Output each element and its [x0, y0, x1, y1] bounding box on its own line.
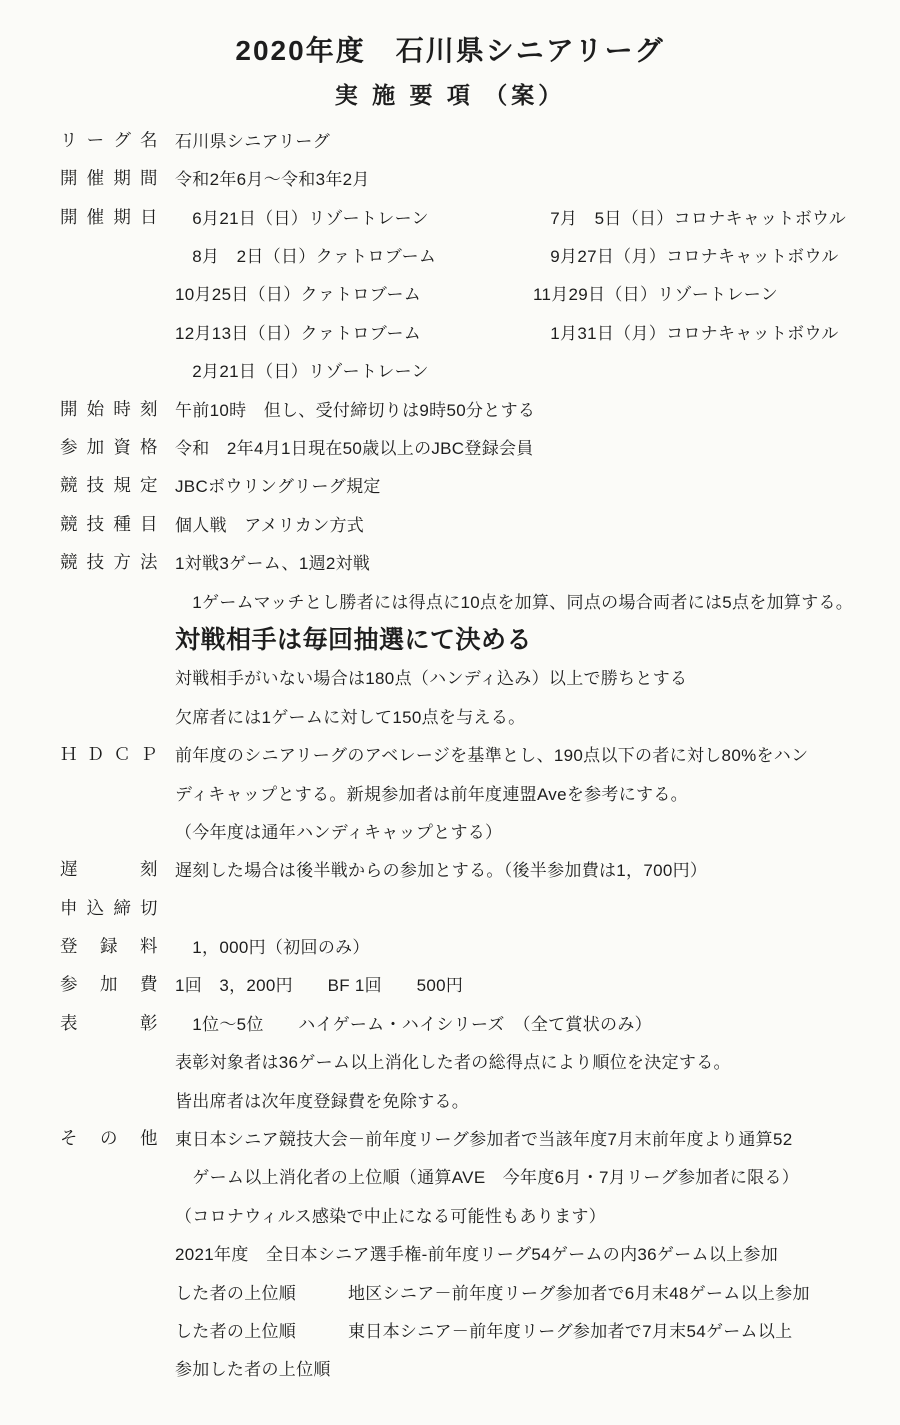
- field-value: 参加した者の上位順: [175, 1355, 331, 1380]
- row-period: 開催期間 令和2年6月～令和3年2月: [0, 159, 900, 197]
- schedule-row: 12月13日（日）クァトロブーム 1月31日（月）コロナキャットボウル: [0, 312, 900, 350]
- field-value: 対戦相手がいない場合は180点（ハンディ込み）以上で勝ちとする: [175, 664, 687, 689]
- field-value: 令和2年6月～令和3年2月: [175, 165, 370, 190]
- field-value: ディキャップとする。新規参加者は前年度連盟Aveを参考にする。: [175, 780, 688, 805]
- schedule-date-left: 10月25日（日）クァトロブーム: [175, 280, 533, 305]
- schedule-date-right: 1月31日（月）コロナキャットボウル: [533, 319, 839, 344]
- row-other: その他 東日本シニア競技大会－前年度リーグ参加者で当該年度7月末前年度より通算5…: [0, 1118, 900, 1156]
- row-attendance-note: 皆出席者は次年度登録費を免除する。: [0, 1080, 900, 1118]
- schedule-date-left: 2月21日（日）リゾートレーン: [175, 357, 533, 382]
- row-no-opponent: 対戦相手がいない場合は180点（ハンディ込み）以上で勝ちとする: [0, 658, 900, 696]
- field-value: 1，000円（初回のみ）: [175, 933, 370, 958]
- field-label: 申込締切: [60, 895, 158, 920]
- field-value: JBCボウリングリーグ規定: [175, 472, 381, 497]
- field-label: 参加費: [60, 971, 158, 996]
- row-other-cont-1: ゲーム以上消化者の上位順（通算AVE 今年度6月・7月リーグ参加者に限る）: [0, 1157, 900, 1195]
- field-label: 表彰: [60, 1010, 158, 1035]
- row-late: 遅刻 遅刻した場合は後半戦からの参加とする。（後半参加費は1，700円）: [0, 850, 900, 888]
- field-value: 令和 2年4月1日現在50歳以上のJBC登録会員: [175, 434, 534, 459]
- field-value: した者の上位順 地区シニア－前年度リーグ参加者で6月末48ゲーム以上参加: [175, 1279, 810, 1304]
- schedule-row: 10月25日（日）クァトロブーム 11月29日（日）リゾートレーン: [0, 274, 900, 312]
- field-label: 開催期日: [60, 204, 158, 229]
- row-other-cont-4: した者の上位順 地区シニア－前年度リーグ参加者で6月末48ゲーム以上参加: [0, 1272, 900, 1310]
- field-value: 1ゲームマッチとし勝者には得点に10点を加算、同点の場合両者には5点を加算する。: [175, 588, 853, 613]
- field-label: 参加資格: [60, 434, 158, 459]
- field-value: ゲーム以上消化者の上位順（通算AVE 今年度6月・7月リーグ参加者に限る）: [175, 1163, 799, 1188]
- field-label: ＨＤＣＰ: [60, 741, 158, 766]
- row-lottery-emphasis: 対戦相手は毎回抽選にて決める: [0, 619, 900, 657]
- schedule-date-right: 9月27日（月）コロナキャットボウル: [533, 242, 839, 267]
- field-value: （コロナウィルス感染で中止になる可能性もあります）: [175, 1202, 606, 1227]
- row-hdcp: ＨＤＣＰ 前年度のシニアリーグのアベレージを基準とし、190点以下の者に対し80…: [0, 734, 900, 772]
- field-value: 表彰対象者は36ゲーム以上消化した者の総得点により順位を決定する。: [175, 1048, 731, 1073]
- field-label: 競技方法: [60, 549, 158, 574]
- field-value: 1位～5位 ハイゲーム・ハイシリーズ （全て賞状のみ）: [175, 1010, 652, 1035]
- row-event-type: 競技種目 個人戦 アメリカン方式: [0, 504, 900, 542]
- row-other-cont-2: （コロナウィルス感染で中止になる可能性もあります）: [0, 1195, 900, 1233]
- page-title: 2020年度 石川県シニアリーグ: [0, 0, 900, 68]
- document-body: リーグ名 石川県シニアリーグ 開催期間 令和2年6月～令和3年2月 開催期日 6…: [0, 120, 900, 1387]
- row-eligibility: 参加資格 令和 2年4月1日現在50歳以上のJBC登録会員: [0, 427, 900, 465]
- row-league-name: リーグ名 石川県シニアリーグ: [0, 120, 900, 158]
- field-value: 個人戦 アメリカン方式: [175, 511, 364, 536]
- schedule-date-left: 8月 2日（日）クァトロブーム: [175, 242, 533, 267]
- row-awards-cont: 表彰対象者は36ゲーム以上消化した者の総得点により順位を決定する。: [0, 1042, 900, 1080]
- field-value: 皆出席者は次年度登録費を免除する。: [175, 1087, 469, 1112]
- row-method-note: 1ゲームマッチとし勝者には得点に10点を加算、同点の場合両者には5点を加算する。: [0, 581, 900, 619]
- row-method: 競技方法 1対戦3ゲーム、1週2対戦: [0, 542, 900, 580]
- field-value: 2021年度 全日本シニア選手権-前年度リーグ54ゲームの内36ゲーム以上参加: [175, 1240, 778, 1265]
- field-label: 競技規定: [60, 472, 158, 497]
- field-value: 東日本シニア競技大会－前年度リーグ参加者で当該年度7月末前年度より通算52: [175, 1125, 792, 1150]
- field-label: 登録料: [60, 933, 158, 958]
- schedule-date-right: 11月29日（日）リゾートレーン: [533, 280, 778, 305]
- field-label: リーグ名: [60, 127, 158, 152]
- emphasized-text: 対戦相手は毎回抽選にて決める: [175, 620, 532, 656]
- row-hdcp-cont: ディキャップとする。新規参加者は前年度連盟Aveを参考にする。: [0, 773, 900, 811]
- field-label: 開催期間: [60, 165, 158, 190]
- field-label: 遅刻: [60, 856, 158, 881]
- field-value: 1回 3，200円 BF 1回 500円: [175, 971, 463, 996]
- row-entry-fee: 参加費 1回 3，200円 BF 1回 500円: [0, 965, 900, 1003]
- document-page: 2020年度 石川県シニアリーグ 実 施 要 項 （案） リーグ名 石川県シニア…: [0, 0, 900, 1425]
- row-start-time: 開始時刻 午前10時 但し、受付締切りは9時50分とする: [0, 389, 900, 427]
- row-rules: 競技規定 JBCボウリングリーグ規定: [0, 466, 900, 504]
- field-value: 欠席者には1ゲームに対して150点を与える。: [175, 703, 525, 728]
- field-value: 石川県シニアリーグ: [175, 127, 330, 152]
- schedule-row: 開催期日 6月21日（日）リゾートレーン 7月 5日（日）コロナキャットボウル: [0, 197, 900, 235]
- row-other-cont-5: した者の上位順 東日本シニア－前年度リーグ参加者で7月末54ゲーム以上: [0, 1310, 900, 1348]
- row-other-cont-3: 2021年度 全日本シニア選手権-前年度リーグ54ゲームの内36ゲーム以上参加: [0, 1234, 900, 1272]
- schedule-date-right: 7月 5日（日）コロナキャットボウル: [533, 204, 846, 229]
- field-value: （今年度は通年ハンディキャップとする）: [175, 818, 502, 843]
- schedule-row: 8月 2日（日）クァトロブーム 9月27日（月）コロナキャットボウル: [0, 235, 900, 273]
- page-subtitle: 実 施 要 項 （案）: [0, 82, 900, 110]
- field-value: 1対戦3ゲーム、1週2対戦: [175, 549, 370, 574]
- row-other-cont-6: 参加した者の上位順: [0, 1349, 900, 1387]
- field-label: その他: [60, 1125, 158, 1150]
- row-registration-fee: 登録料 1，000円（初回のみ）: [0, 926, 900, 964]
- schedule-date-left: 12月13日（日）クァトロブーム: [175, 319, 533, 344]
- field-value: 遅刻した場合は後半戦からの参加とする。（後半参加費は1，700円）: [175, 856, 707, 881]
- row-hdcp-note: （今年度は通年ハンディキャップとする）: [0, 811, 900, 849]
- row-absentee: 欠席者には1ゲームに対して150点を与える。: [0, 696, 900, 734]
- field-label: 競技種目: [60, 511, 158, 536]
- schedule-row: 2月21日（日）リゾートレーン: [0, 351, 900, 389]
- field-value: 午前10時 但し、受付締切りは9時50分とする: [175, 396, 535, 421]
- schedule-date-left: 6月21日（日）リゾートレーン: [175, 204, 533, 229]
- field-value: した者の上位順 東日本シニア－前年度リーグ参加者で7月末54ゲーム以上: [175, 1317, 792, 1342]
- row-awards: 表彰 1位～5位 ハイゲーム・ハイシリーズ （全て賞状のみ）: [0, 1003, 900, 1041]
- field-value: 前年度のシニアリーグのアベレージを基準とし、190点以下の者に対し80%をハン: [175, 741, 808, 766]
- field-label: 開始時刻: [60, 396, 158, 421]
- row-deadline: 申込締切: [0, 888, 900, 926]
